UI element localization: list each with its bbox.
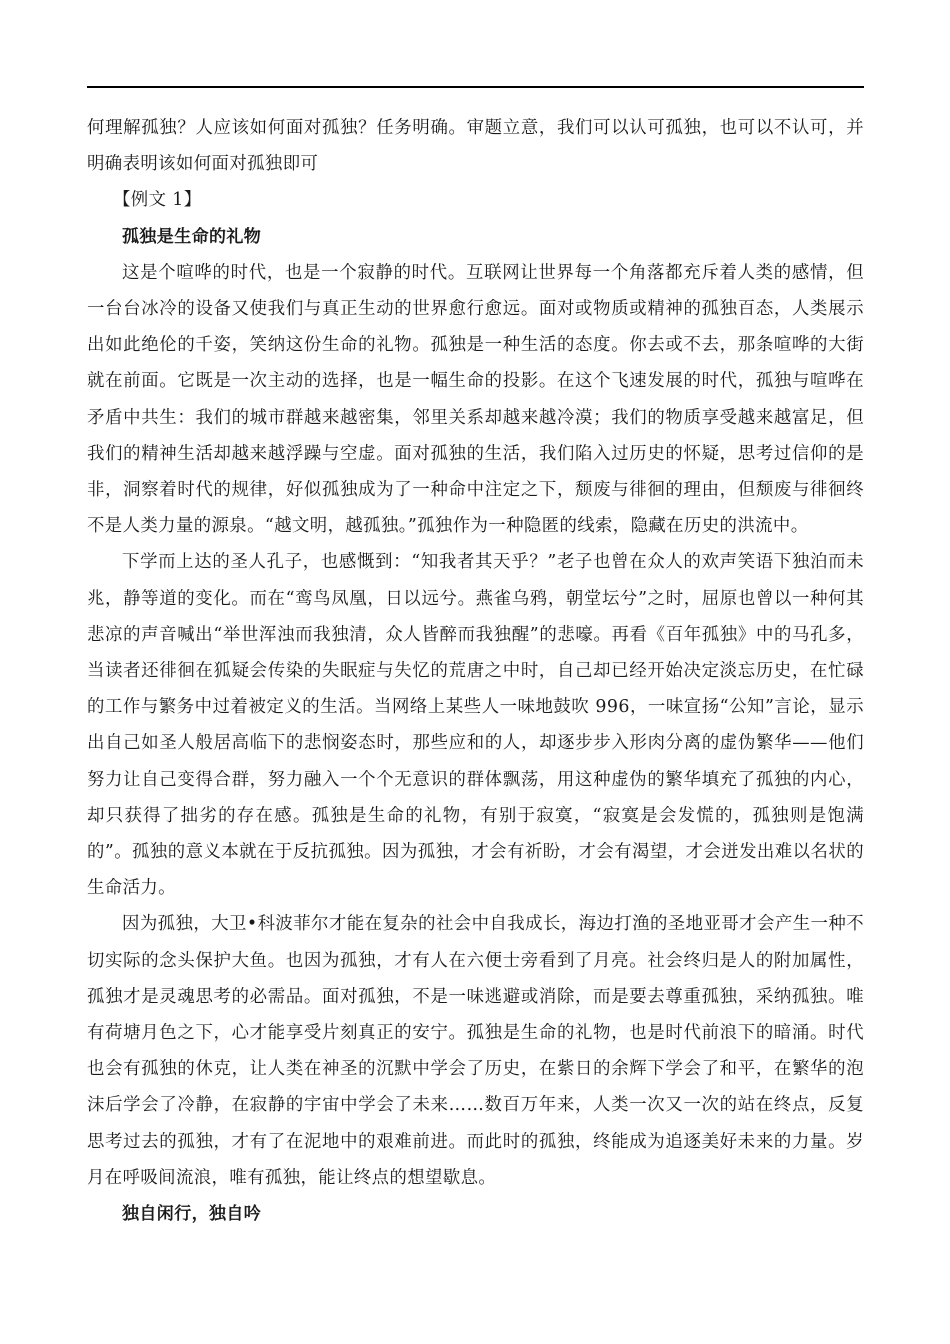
intro-text: 何理解孤独？人应该如何面对孤独？任务明确。审题立意，我们可以认可孤独，也可以不认… <box>87 110 864 182</box>
header-rule <box>87 86 864 88</box>
example-label: 【例文 1】 <box>87 182 864 218</box>
next-essay-heading: 独自闲行，独自吟 <box>87 1196 864 1232</box>
essay-title: 孤独是生命的礼物 <box>87 219 864 255</box>
paragraph-2: 下学而上达的圣人孔子，也感慨到：“知我者其天乎？”老子也曾在众人的欢声笑语下独泊… <box>87 544 864 906</box>
paragraph-1: 这是个喧哗的时代，也是一个寂静的时代。互联网让世界每一个角落都充斥着人类的感情，… <box>87 255 864 545</box>
paragraph-3: 因为孤独，大卫•科波菲尔才能在复杂的社会中自我成长，海边打渔的圣地亚哥才会产生一… <box>87 906 864 1196</box>
document-body: 何理解孤独？人应该如何面对孤独？任务明确。审题立意，我们可以认可孤独，也可以不认… <box>87 110 864 1232</box>
